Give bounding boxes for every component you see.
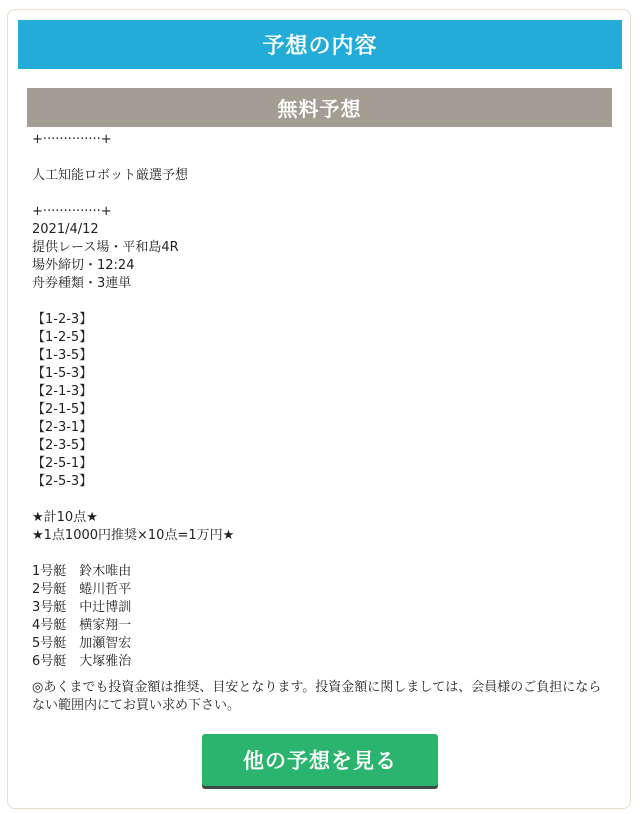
racer-row: 4号艇 横家翔一 (32, 617, 610, 635)
racer-row: 5号艇 加瀬智宏 (32, 635, 610, 653)
bet-item: 【2-3-1】 (32, 419, 610, 437)
race-deadline: 場外締切・12:24 (32, 257, 610, 275)
divider-text: +··············+ (32, 131, 610, 149)
bet-item: 【1-2-5】 (32, 329, 610, 347)
bet-total: ★計10点★ (32, 509, 610, 527)
page-title: 予想の内容 (18, 20, 622, 69)
bet-item: 【2-1-3】 (32, 383, 610, 401)
bet-item: 【2-5-1】 (32, 455, 610, 473)
racer-row: 3号艇 中辻博訓 (32, 599, 610, 617)
race-date: 2021/4/12 (32, 221, 610, 239)
forecast-name: 人工知能ロボット厳選予想 (32, 167, 610, 185)
section-title: 無料予想 (27, 88, 612, 127)
ticket-type: 舟券種類・3連単 (32, 275, 610, 293)
bet-item: 【2-1-5】 (32, 401, 610, 419)
bet-item: 【2-5-3】 (32, 473, 610, 491)
bet-item: 【2-3-5】 (32, 437, 610, 455)
investment-notice: ◎あくまでも投資金額は推奨、目安となります。投資金額に関しましては、会員様のご負… (32, 679, 610, 715)
bet-stake: ★1点1000円推奨×10点=1万円★ (32, 527, 610, 545)
bet-item: 【1-5-3】 (32, 365, 610, 383)
divider-text: +··············+ (32, 203, 610, 221)
racer-row: 1号艇 鈴木唯由 (32, 563, 610, 581)
racer-row: 6号艇 大塚雅治 (32, 653, 610, 671)
race-venue: 提供レース場・平和島4R (32, 239, 610, 257)
forecast-content: +··············+ 人工知能ロボット厳選予想 +·········… (32, 131, 610, 715)
view-other-forecasts-button[interactable]: 他の予想を見る (202, 734, 438, 786)
bet-item: 【1-2-3】 (32, 311, 610, 329)
racer-row: 2号艇 蜷川哲平 (32, 581, 610, 599)
bet-item: 【1-3-5】 (32, 347, 610, 365)
